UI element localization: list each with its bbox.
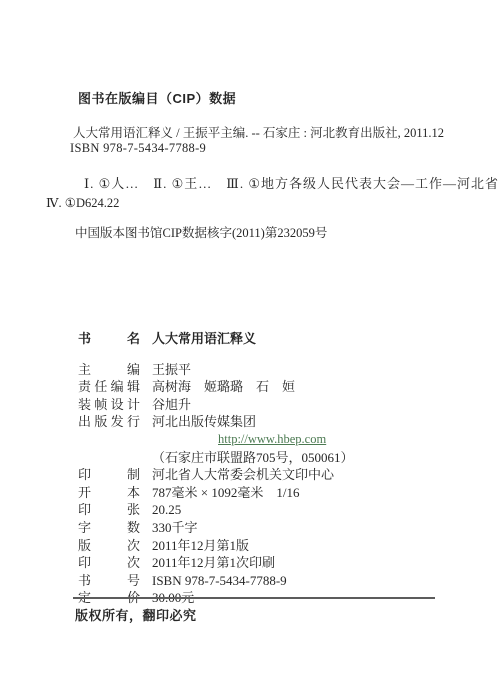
word-count-value: 330千字 bbox=[152, 519, 458, 537]
colophon-label: 装帧设计 bbox=[78, 396, 140, 414]
colophon-row-sheets: 印 张 20.25 bbox=[78, 501, 458, 519]
chief-editor-name: 王振平 bbox=[152, 361, 458, 379]
printer-name: 河北省人大常委会机关文印中心 bbox=[152, 466, 458, 484]
designer-name: 谷旭升 bbox=[152, 396, 458, 414]
impression-value: 2011年12月第1次印刷 bbox=[152, 554, 458, 572]
cip-record-number: 中国版本图书馆CIP数据核字(2011)第232059号 bbox=[75, 223, 327, 241]
colophon-label: 书 号 bbox=[78, 572, 140, 590]
copyright-notice: 版权所有，翻印必究 bbox=[75, 605, 197, 624]
cip-classification-line2: Ⅳ. ①D624.22 bbox=[46, 195, 119, 211]
colophon-label: 书 名 bbox=[78, 330, 140, 348]
cip-citation-line: 人大常用语汇释义 / 王振平主编. -- 石家庄 : 河北教育出版社, 2011… bbox=[73, 123, 444, 141]
colophon-row-address: （石家庄市联盟路705号，050061） bbox=[78, 449, 458, 467]
colophon-row-book-number: 书 号 ISBN 978-7-5434-7788-9 bbox=[78, 572, 458, 590]
book-copyright-page: 图书在版编目（CIP）数据 人大常用语汇释义 / 王振平主编. -- 石家庄 :… bbox=[0, 0, 499, 686]
colophon-row-designer: 装帧设计 谷旭升 bbox=[78, 396, 458, 414]
colophon-label: 责任编辑 bbox=[78, 378, 140, 396]
cip-isbn-line: ISBN 978-7-5434-7788-9 bbox=[70, 141, 206, 156]
colophon-row-publisher: 出版发行 河北出版传媒集团 bbox=[78, 413, 458, 431]
publisher-website-link: http://www.hbep.com bbox=[218, 431, 326, 449]
publisher-name: 河北出版传媒集团 bbox=[152, 413, 458, 431]
colophon-row-impression: 印 次 2011年12月第1次印刷 bbox=[78, 554, 458, 572]
colophon-label: 主 编 bbox=[78, 361, 140, 379]
edition-value: 2011年12月第1版 bbox=[152, 537, 458, 555]
colophon-label: 印 次 bbox=[78, 554, 140, 572]
colophon-row-book-title: 书 名 人大常用语汇释义 bbox=[78, 330, 458, 348]
colophon-block: 书 名 人大常用语汇释义 主 编 王振平 责任编辑 高树海 姬璐璐 石 姮 装帧… bbox=[78, 330, 458, 607]
cip-header: 图书在版编目（CIP）数据 bbox=[78, 88, 236, 107]
colophon-row-printer: 印 制 河北省人大常委会机关文印中心 bbox=[78, 466, 458, 484]
sheets-value: 20.25 bbox=[152, 501, 458, 519]
colophon-row-edition: 版 次 2011年12月第1版 bbox=[78, 537, 458, 555]
cip-classification-line1: Ⅰ. ①人… Ⅱ. ①王… Ⅲ. ①地方各级人民代表大会—工作—河北省 bbox=[84, 173, 499, 192]
colophon-label: 出版发行 bbox=[78, 413, 140, 431]
colophon-label: 印 制 bbox=[78, 466, 140, 484]
colophon-row-responsible-editors: 责任编辑 高树海 姬璐璐 石 姮 bbox=[78, 378, 458, 396]
responsible-editors-names: 高树海 姬璐璐 石 姮 bbox=[152, 378, 458, 396]
colophon-row-format: 开 本 787毫米 × 1092毫米 1/16 bbox=[78, 484, 458, 502]
colophon-label: 印 张 bbox=[78, 501, 140, 519]
colophon-row-website: http://www.hbep.com bbox=[78, 431, 458, 449]
footer-divider-rule bbox=[73, 597, 435, 599]
colophon-label: 版 次 bbox=[78, 537, 140, 555]
colophon-row-chief-editor: 主 编 王振平 bbox=[78, 361, 458, 379]
format-value: 787毫米 × 1092毫米 1/16 bbox=[152, 484, 458, 502]
book-title: 人大常用语汇释义 bbox=[152, 330, 458, 348]
publisher-address: （石家庄市联盟路705号，050061） bbox=[152, 449, 354, 467]
book-number-value: ISBN 978-7-5434-7788-9 bbox=[152, 572, 458, 590]
colophon-row-word-count: 字 数 330千字 bbox=[78, 519, 458, 537]
colophon-label: 开 本 bbox=[78, 484, 140, 502]
colophon-label: 字 数 bbox=[78, 519, 140, 537]
